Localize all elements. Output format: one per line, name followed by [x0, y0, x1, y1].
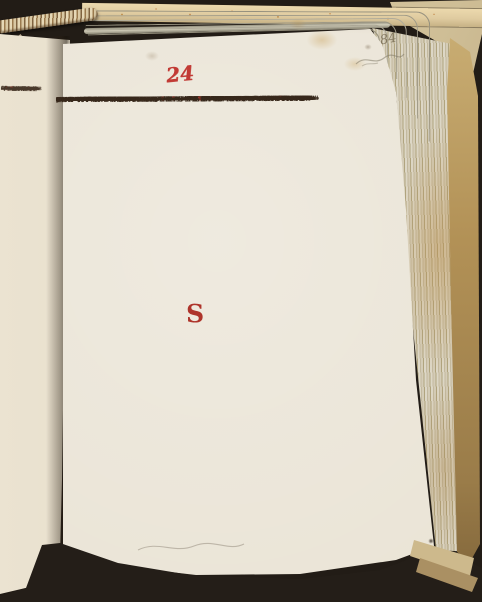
drop-cap-initial: S	[186, 302, 208, 326]
text-line: p omī apphensiõe boni ut nũc sub rõne	[56, 96, 170, 104]
pencil-mark	[132, 536, 252, 560]
text-line: oris ¶ Itē magis prona ē ad peccãdũ infe…	[185, 96, 307, 104]
book-photo: ia sensualitat9ectu quod pt'õe nihil i r…	[0, 0, 482, 602]
text-column-right: appetibilis. sic uerũ ē q3 pcedit oīs el…	[185, 96, 311, 97]
text-column-left: Illud etiã insinuari ēs cõcluditur. quia…	[56, 96, 180, 97]
text-block: Illud etiã insinuari ēs cõcluditur. quia…	[0, 0, 482, 602]
